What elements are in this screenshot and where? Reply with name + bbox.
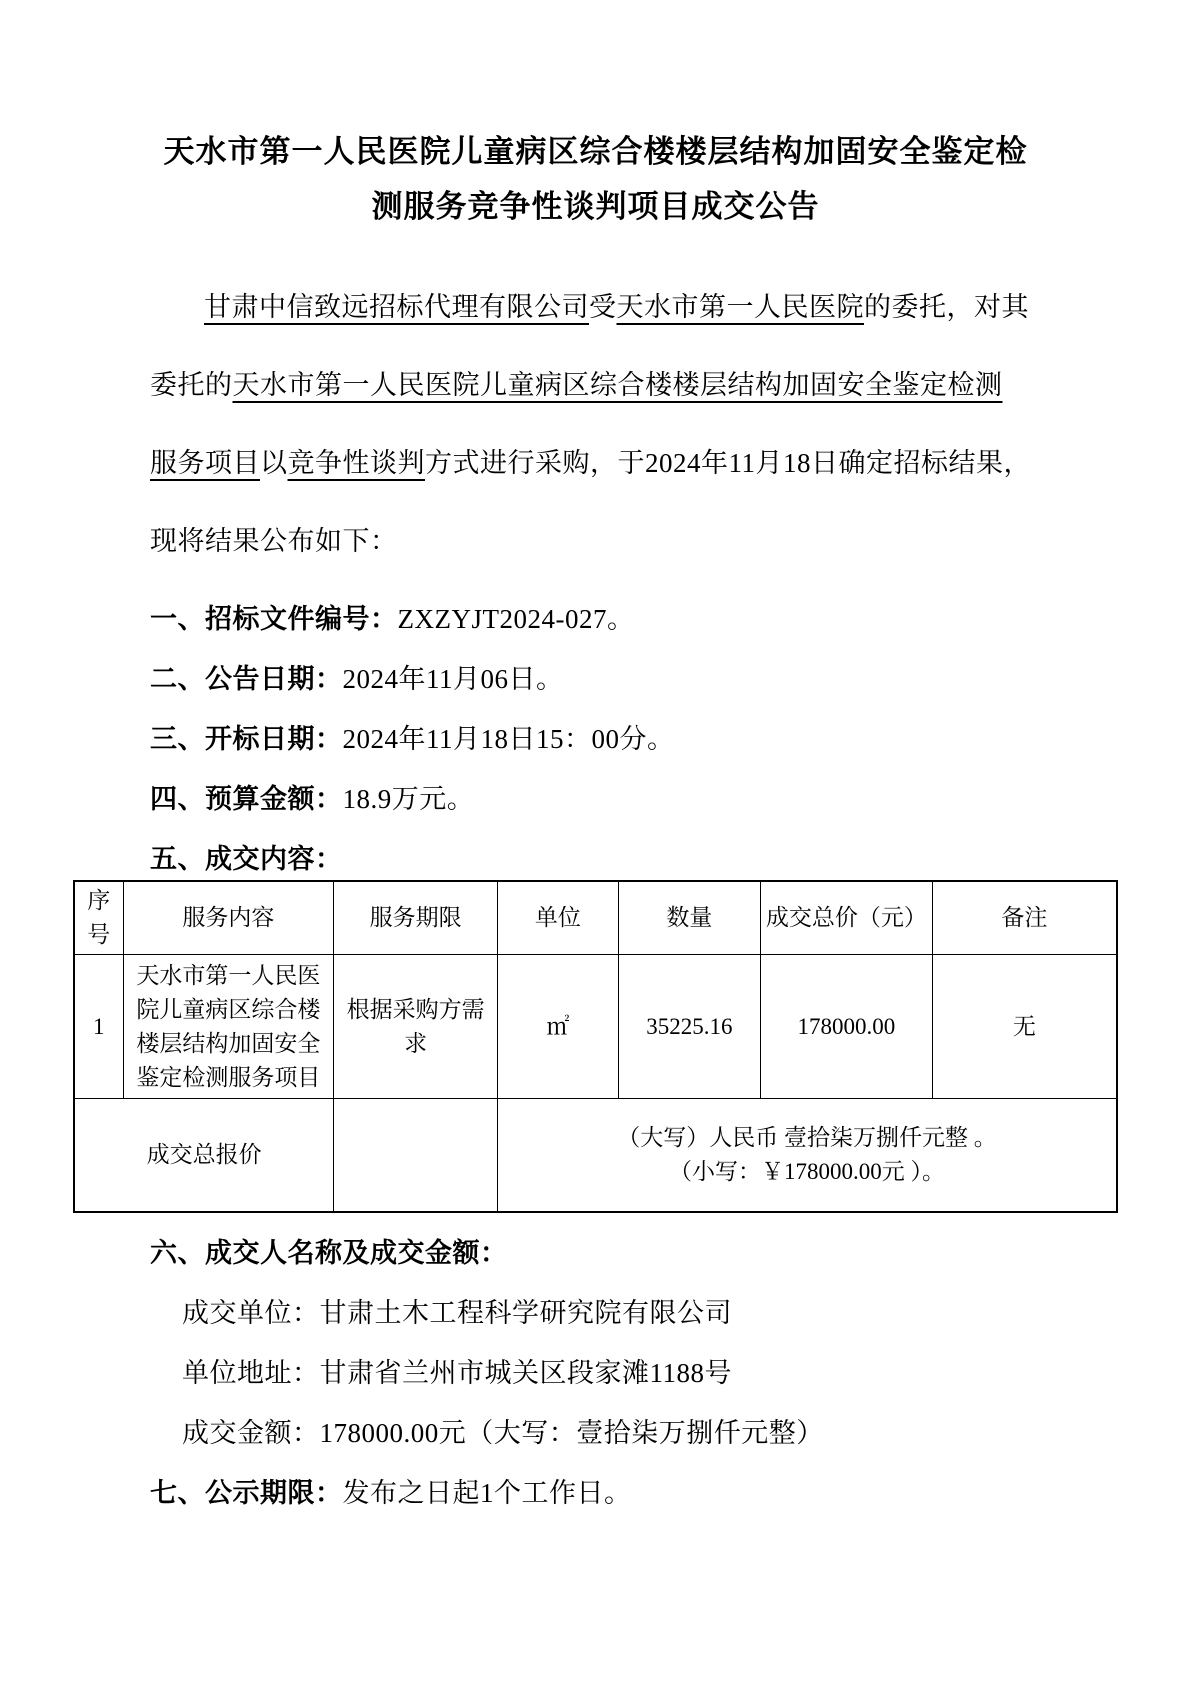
cell-service-content: 天水市第一人民医院儿童病区综合楼楼层结构加固安全鉴定检测服务项目 (123, 955, 334, 1099)
item-publicity-period: 七、公示期限：发布之日起1个工作日。 (150, 1461, 1191, 1521)
cell-remark: 无 (932, 955, 1117, 1099)
cell-quantity: 35225.16 (618, 955, 760, 1099)
item-value: 18.9万元。 (343, 777, 475, 816)
header-unit: 单位 (497, 881, 618, 955)
procurement-method: 竞争性谈判 (288, 448, 426, 478)
agency-name: 甘肃中信致远招标代理有限公司 (204, 292, 589, 322)
project-name-cont: 服务项目 (150, 448, 260, 478)
item-label: 一、招标文件编号： (150, 597, 398, 636)
intro-line-1: 甘肃中信致远招标代理有限公司受天水市第一人民医院的委托，对其 (150, 268, 1034, 346)
item-announce-date: 二、公告日期：2024年11月06日。 (150, 646, 1191, 706)
document-page: 天水市第一人民医院儿童病区综合楼楼层结构加固安全鉴定检 测服务竞争性谈判项目成交… (0, 0, 1191, 1684)
item-label: 五、成交内容： (150, 837, 343, 876)
item-award-content: 五、成交内容： (150, 826, 1191, 886)
table-summary-row: 成交总报价 （大写）人民币 壹拾柒万捌仟元整 。 （小写：￥178000.00元… (74, 1099, 1117, 1212)
numbered-items-bottom: 六、成交人名称及成交金额： 成交单位：甘肃土木工程科学研究院有限公司 单位地址：… (150, 1221, 1191, 1521)
page-title: 天水市第一人民医院儿童病区综合楼楼层结构加固安全鉴定检 测服务竞争性谈判项目成交… (0, 0, 1191, 234)
item-tender-doc-no: 一、招标文件编号：ZXZYJT2024-027。 (150, 586, 1191, 646)
title-line-2: 测服务竞争性谈判项目成交公告 (0, 179, 1191, 234)
intro-paragraph: 甘肃中信致远招标代理有限公司受天水市第一人民医院的委托，对其 委托的天水市第一人… (150, 268, 1034, 580)
intro-text: 委托的 (150, 370, 233, 400)
numbered-items-top: 一、招标文件编号：ZXZYJT2024-027。 二、公告日期：2024年11月… (150, 586, 1191, 886)
item-label: 七、公示期限： (150, 1471, 343, 1510)
header-service-content: 服务内容 (123, 881, 334, 955)
client-name: 天水市第一人民医院 (617, 292, 865, 322)
item-budget: 四、预算金额：18.9万元。 (150, 766, 1191, 826)
winner-unit: 成交单位：甘肃土木工程科学研究院有限公司 (182, 1281, 1191, 1341)
item-label: 四、预算金额： (150, 777, 343, 816)
header-service-period: 服务期限 (334, 881, 498, 955)
intro-text: 的委托，对其 (864, 292, 1029, 322)
winner-amount: 成交金额：178000.00元（大写：壹拾柒万捌仟元整） (182, 1401, 1191, 1461)
intro-line-2: 委托的天水市第一人民医院儿童病区综合楼楼层结构加固安全鉴定检测 (150, 346, 1034, 424)
intro-text: 以 (260, 448, 288, 478)
summary-period-empty (334, 1099, 498, 1212)
table-header-row: 序号 服务内容 服务期限 单位 数量 成交总价（元） 备注 (74, 881, 1117, 955)
table-row: 1 天水市第一人民医院儿童病区综合楼楼层结构加固安全鉴定检测服务项目 根据采购方… (74, 955, 1117, 1099)
amount-in-words: （大写）人民币 壹拾柒万捌仟元整 。 (500, 1121, 1114, 1155)
project-name: 天水市第一人民医院儿童病区综合楼楼层结构加固安全鉴定检测 (233, 370, 1003, 400)
cell-service-period: 根据采购方需求 (334, 955, 498, 1099)
header-quantity: 数量 (618, 881, 760, 955)
item-label: 三、开标日期： (150, 717, 343, 756)
item-value: ZXZYJT2024-027。 (398, 597, 635, 636)
item-value: 发布之日起1个工作日。 (343, 1471, 632, 1510)
header-total-price: 成交总价（元） (760, 881, 932, 955)
item-label: 二、公告日期： (150, 657, 343, 696)
cell-total-price: 178000.00 (760, 955, 932, 1099)
header-serial-no: 序号 (74, 881, 123, 955)
item-winner-section: 六、成交人名称及成交金额： (150, 1221, 1191, 1281)
title-line-1: 天水市第一人民医院儿童病区综合楼楼层结构加固安全鉴定检 (0, 124, 1191, 179)
item-label: 六、成交人名称及成交金额： (150, 1231, 508, 1270)
winner-address: 单位地址：甘肃省兰州市城关区段家滩1188号 (182, 1341, 1191, 1401)
item-open-date: 三、开标日期：2024年11月18日15：00分。 (150, 706, 1191, 766)
intro-line-3: 服务项目以竞争性谈判方式进行采购，于2024年11月18日确定招标结果， (150, 424, 1034, 502)
item-value: 2024年11月06日。 (343, 657, 564, 696)
summary-amount-cell: （大写）人民币 壹拾柒万捌仟元整 。 （小写：￥178000.00元 ）。 (497, 1099, 1117, 1212)
header-remark: 备注 (932, 881, 1117, 955)
cell-serial-no: 1 (74, 955, 123, 1099)
amount-in-figures: （小写：￥178000.00元 ）。 (500, 1155, 1114, 1189)
intro-text: 方式进行采购，于2024年11月18日确定招标结果， (425, 448, 1031, 478)
intro-text: 现将结果公布如下： (150, 526, 398, 556)
item-value: 2024年11月18日15：00分。 (343, 717, 675, 756)
intro-line-4: 现将结果公布如下： (150, 502, 1034, 580)
cell-unit: ㎡ (497, 955, 618, 1099)
intro-text: 受 (589, 292, 617, 322)
award-table: 序号 服务内容 服务期限 单位 数量 成交总价（元） 备注 1 天水市第一人民医… (73, 880, 1118, 1213)
summary-label: 成交总报价 (74, 1099, 334, 1212)
